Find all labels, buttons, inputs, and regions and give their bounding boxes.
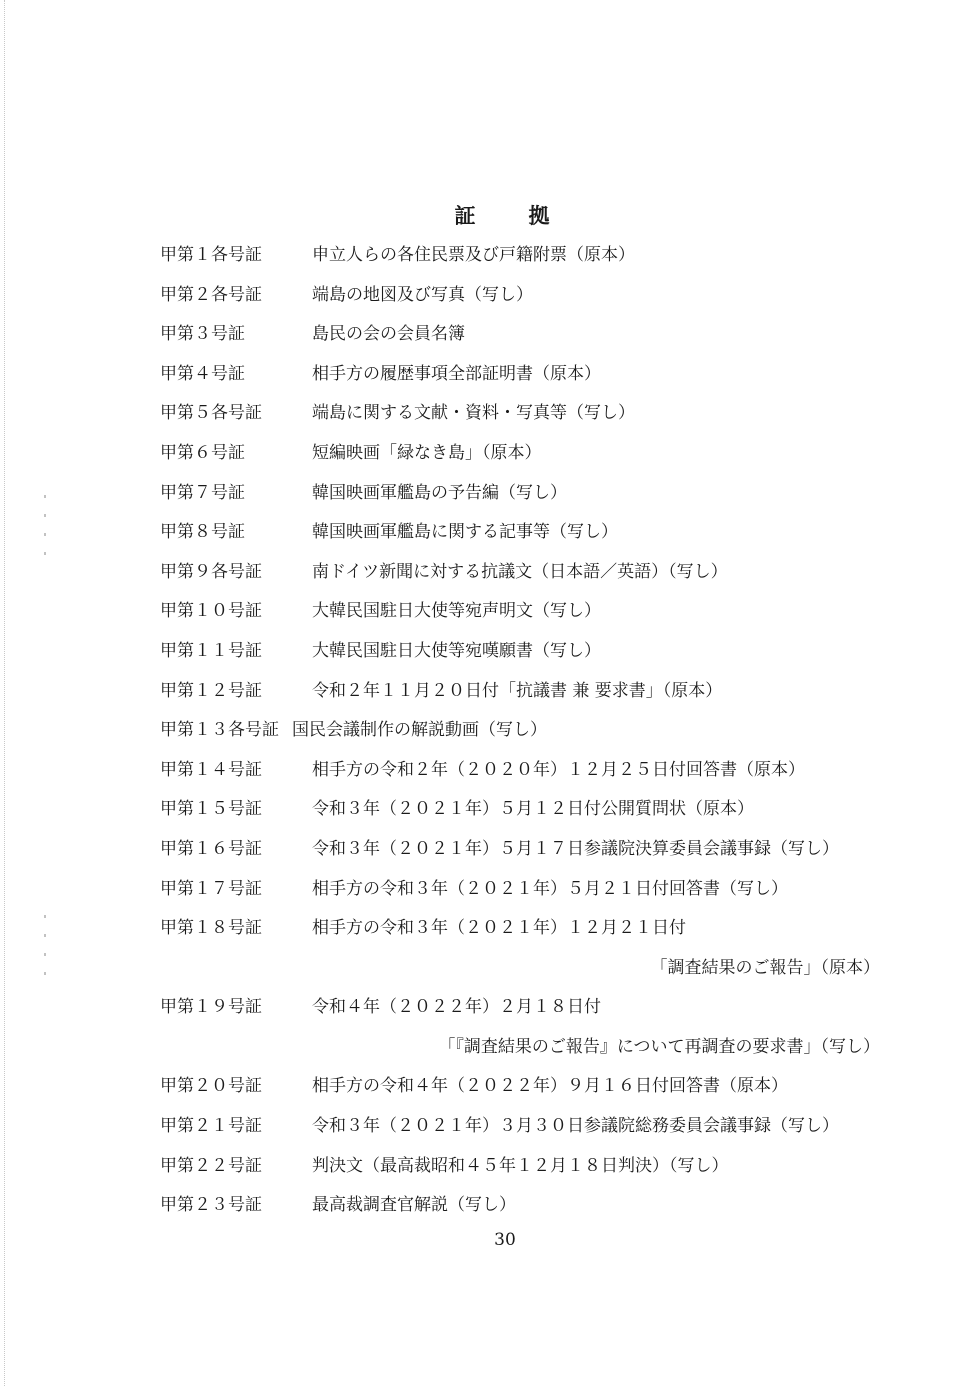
evidence-row: 甲第９各号証南ドイツ新聞に対する抗議文（日本語／英語）（写し） — [160, 557, 920, 597]
evidence-label: 甲第２１号証 — [160, 1111, 262, 1141]
evidence-label: 甲第１５号証 — [160, 794, 262, 824]
evidence-description: 大韓民国駐日大使等宛嘆願書（写し） — [312, 636, 601, 666]
evidence-description: 韓国映画軍艦島の予告編（写し） — [312, 478, 567, 508]
evidence-label: 甲第１８号証 — [160, 913, 262, 943]
evidence-label: 甲第１４号証 — [160, 755, 262, 785]
evidence-list: 甲第１各号証申立人らの各住民票及び戸籍附票（原本） 甲第２各号証端島の地図及び写… — [160, 240, 920, 1230]
evidence-row: 甲第２２号証判決文（最高裁昭和４５年１２月１８日判決）（写し） — [160, 1151, 920, 1191]
evidence-description: 申立人らの各住民票及び戸籍附票（原本） — [312, 240, 635, 270]
evidence-label: 甲第１１号証 — [160, 636, 262, 666]
evidence-label: 甲第６号証 — [160, 438, 245, 468]
evidence-description: 端島の地図及び写真（写し） — [312, 280, 533, 310]
evidence-row: 甲第１３各号証国民会議制作の解説動画（写し） — [160, 715, 920, 755]
evidence-row: 甲第５各号証端島に関する文献・資料・写真等（写し） — [160, 398, 920, 438]
evidence-description: 国民会議制作の解説動画（写し） — [292, 715, 547, 745]
evidence-label: 甲第１２号証 — [160, 676, 262, 706]
evidence-description: 判決文（最高裁昭和４５年１２月１８日判決）（写し） — [312, 1151, 729, 1181]
evidence-row: 甲第４号証相手方の履歴事項全部証明書（原本） — [160, 359, 920, 399]
evidence-row: 甲第１７号証相手方の令和３年（２０２１年）５月２１日付回答書（写し） — [160, 874, 920, 914]
evidence-row: 甲第１６号証令和３年（２０２１年）５月１７日参議院決算委員会議事録（写し） — [160, 834, 920, 874]
evidence-row: 甲第１２号証令和２年１１月２０日付「抗議書 兼 要求書」（原本） — [160, 676, 920, 716]
evidence-label: 甲第１３各号証 — [160, 715, 279, 745]
evidence-label: 甲第４号証 — [160, 359, 245, 389]
evidence-label: 甲第１７号証 — [160, 874, 262, 904]
evidence-description-continued: 「『調査結果のご報告』について再調査の要求書」（写し） — [438, 1032, 880, 1062]
evidence-description: 島民の会の会員名簿 — [312, 319, 465, 349]
evidence-row: 甲第２３号証最高裁調査官解説（写し） — [160, 1190, 920, 1230]
evidence-description: 相手方の令和３年（２０２１年）１２月２１日付 — [312, 913, 686, 943]
binding-hole-marks-upper — [44, 495, 50, 571]
evidence-label: 甲第２０号証 — [160, 1071, 262, 1101]
evidence-description-continued: 「調査結果のご報告」（原本） — [651, 953, 881, 983]
evidence-row: 甲第１４号証相手方の令和２年（２０２０年）１２月２５日付回答書（原本） — [160, 755, 920, 795]
evidence-description: 相手方の令和３年（２０２１年）５月２１日付回答書（写し） — [312, 874, 788, 904]
evidence-row: 甲第１各号証申立人らの各住民票及び戸籍附票（原本） — [160, 240, 920, 280]
evidence-description: 南ドイツ新聞に対する抗議文（日本語／英語）（写し） — [312, 557, 728, 587]
evidence-description: 令和３年（２０２１年）５月１７日参議院決算委員会議事録（写し） — [312, 834, 839, 864]
binding-hole-marks-lower — [44, 915, 50, 991]
evidence-description: 相手方の履歴事項全部証明書（原本） — [312, 359, 601, 389]
evidence-row: 甲第２０号証相手方の令和４年（２０２２年）９月１６日付回答書（原本） — [160, 1071, 920, 1111]
evidence-description: 令和３年（２０２１年）５月１２日付公開質問状（原本） — [312, 794, 754, 824]
evidence-label: 甲第３号証 — [160, 319, 245, 349]
evidence-row: 甲第６号証短編映画「緑なき島」（原本） — [160, 438, 920, 478]
evidence-label: 甲第２２号証 — [160, 1151, 262, 1181]
evidence-label: 甲第１０号証 — [160, 596, 262, 626]
evidence-label: 甲第５各号証 — [160, 398, 262, 428]
evidence-row: 甲第８号証韓国映画軍艦島に関する記事等（写し） — [160, 517, 920, 557]
evidence-description: 大韓民国駐日大使等宛声明文（写し） — [312, 596, 601, 626]
evidence-description: 令和４年（２０２２年）２月１８日付 — [312, 992, 601, 1022]
evidence-row: 甲第１５号証令和３年（２０２１年）５月１２日付公開質問状（原本） — [160, 794, 920, 834]
evidence-row: 甲第１８号証相手方の令和３年（２０２１年）１２月２１日付「調査結果のご報告」（原… — [160, 913, 920, 992]
evidence-label: 甲第８号証 — [160, 517, 245, 547]
evidence-description: 短編映画「緑なき島」（原本） — [312, 438, 542, 468]
evidence-label: 甲第２３号証 — [160, 1190, 262, 1220]
evidence-description: 最高裁調査官解説（写し） — [312, 1190, 516, 1220]
evidence-row: 甲第１９号証令和４年（２０２２年）２月１８日付「『調査結果のご報告』について再調… — [160, 992, 920, 1071]
evidence-label: 甲第７号証 — [160, 478, 245, 508]
evidence-row: 甲第３号証島民の会の会員名簿 — [160, 319, 920, 359]
evidence-row: 甲第１１号証大韓民国駐日大使等宛嘆願書（写し） — [160, 636, 920, 676]
evidence-label: 甲第９各号証 — [160, 557, 262, 587]
evidence-label: 甲第１９号証 — [160, 992, 262, 1022]
evidence-description: 令和２年１１月２０日付「抗議書 兼 要求書」（原本） — [312, 676, 722, 706]
evidence-label: 甲第２各号証 — [160, 280, 262, 310]
evidence-description: 端島に関する文献・資料・写真等（写し） — [312, 398, 635, 428]
evidence-label: 甲第１各号証 — [160, 240, 262, 270]
document-page: 証 拠 甲第１各号証申立人らの各住民票及び戸籍附票（原本） 甲第２各号証端島の地… — [0, 0, 980, 1386]
document-title: 証 拠 — [0, 200, 980, 230]
evidence-description: 令和３年（２０２１年）３月３０日参議院総務委員会議事録（写し） — [312, 1111, 839, 1141]
evidence-label: 甲第１６号証 — [160, 834, 262, 864]
evidence-row: 甲第７号証韓国映画軍艦島の予告編（写し） — [160, 478, 920, 518]
evidence-row: 甲第２各号証端島の地図及び写真（写し） — [160, 280, 920, 320]
evidence-description: 相手方の令和２年（２０２０年）１２月２５日付回答書（原本） — [312, 755, 805, 785]
evidence-row: 甲第１０号証大韓民国駐日大使等宛声明文（写し） — [160, 596, 920, 636]
page-number: 30 — [0, 1230, 980, 1250]
evidence-row: 甲第２１号証令和３年（２０２１年）３月３０日参議院総務委員会議事録（写し） — [160, 1111, 920, 1151]
evidence-description: 相手方の令和４年（２０２２年）９月１６日付回答書（原本） — [312, 1071, 788, 1101]
evidence-description: 韓国映画軍艦島に関する記事等（写し） — [312, 517, 618, 547]
